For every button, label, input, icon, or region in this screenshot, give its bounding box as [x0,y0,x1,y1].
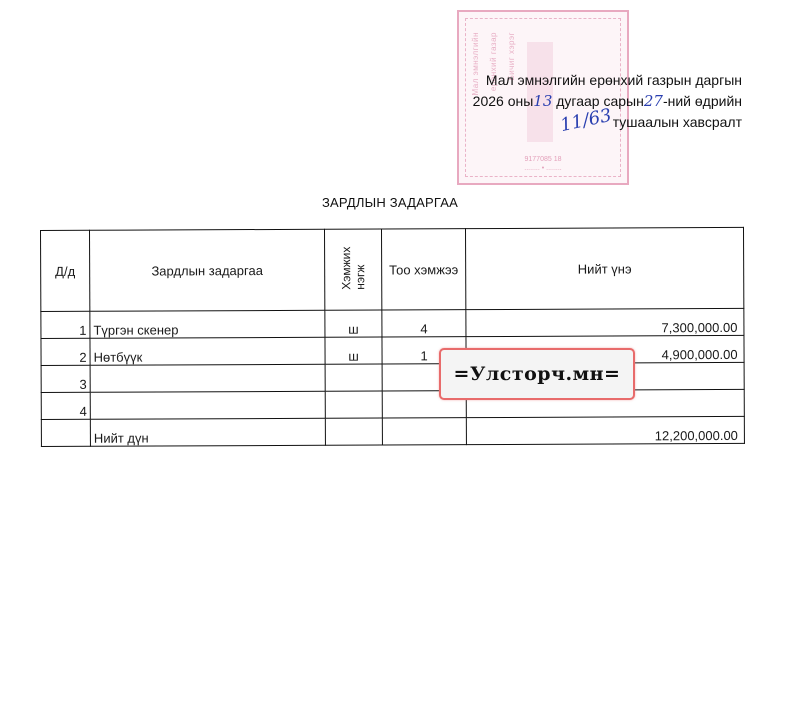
handwritten-month: 13 [533,92,552,110]
wing-left-icon: = [454,363,470,385]
table-row: 1 Түргэн скенер ш 4 7,300,000.00 [41,308,744,338]
summary-label: Нийт дүн [90,418,325,446]
document-title: ЗАРДЛЫН ЗАДАРГАА [322,195,458,210]
header-num: Д/д [41,230,90,311]
wing-right-icon: = [604,363,620,385]
header-qty: Тоо хэмжээ [381,229,465,310]
table-row: 2 Нөтбүүк ш 1 4,900,000.00 [41,335,744,365]
table-row: 3 [41,362,744,392]
header-name: Зардлын задаргаа [90,229,325,311]
stamp-footer: 9177085 18 ........ • ........ [459,155,627,173]
handwritten-day: 27 [644,92,663,110]
table-header-row: Д/д Зардлын задаргаа Хэмжихнэгж Тоо хэмж… [41,227,744,311]
expense-table: Д/д Зардлын задаргаа Хэмжихнэгж Тоо хэмж… [40,227,745,447]
watermark-text: Улсторч.мн [470,363,604,385]
header-total: Нийт үнэ [465,227,743,309]
table-row: 4 [41,389,744,419]
site-watermark-badge: = Улсторч.мн = [439,348,635,400]
header-unit: Хэмжихнэгж [324,229,381,310]
header-line-1: Мал эмнэлгийн ерөнхий газрын даргын [473,70,742,91]
summary-total: 12,200,000.00 [466,416,744,444]
table-summary-row: Нийт дүн 12,200,000.00 [41,416,744,446]
